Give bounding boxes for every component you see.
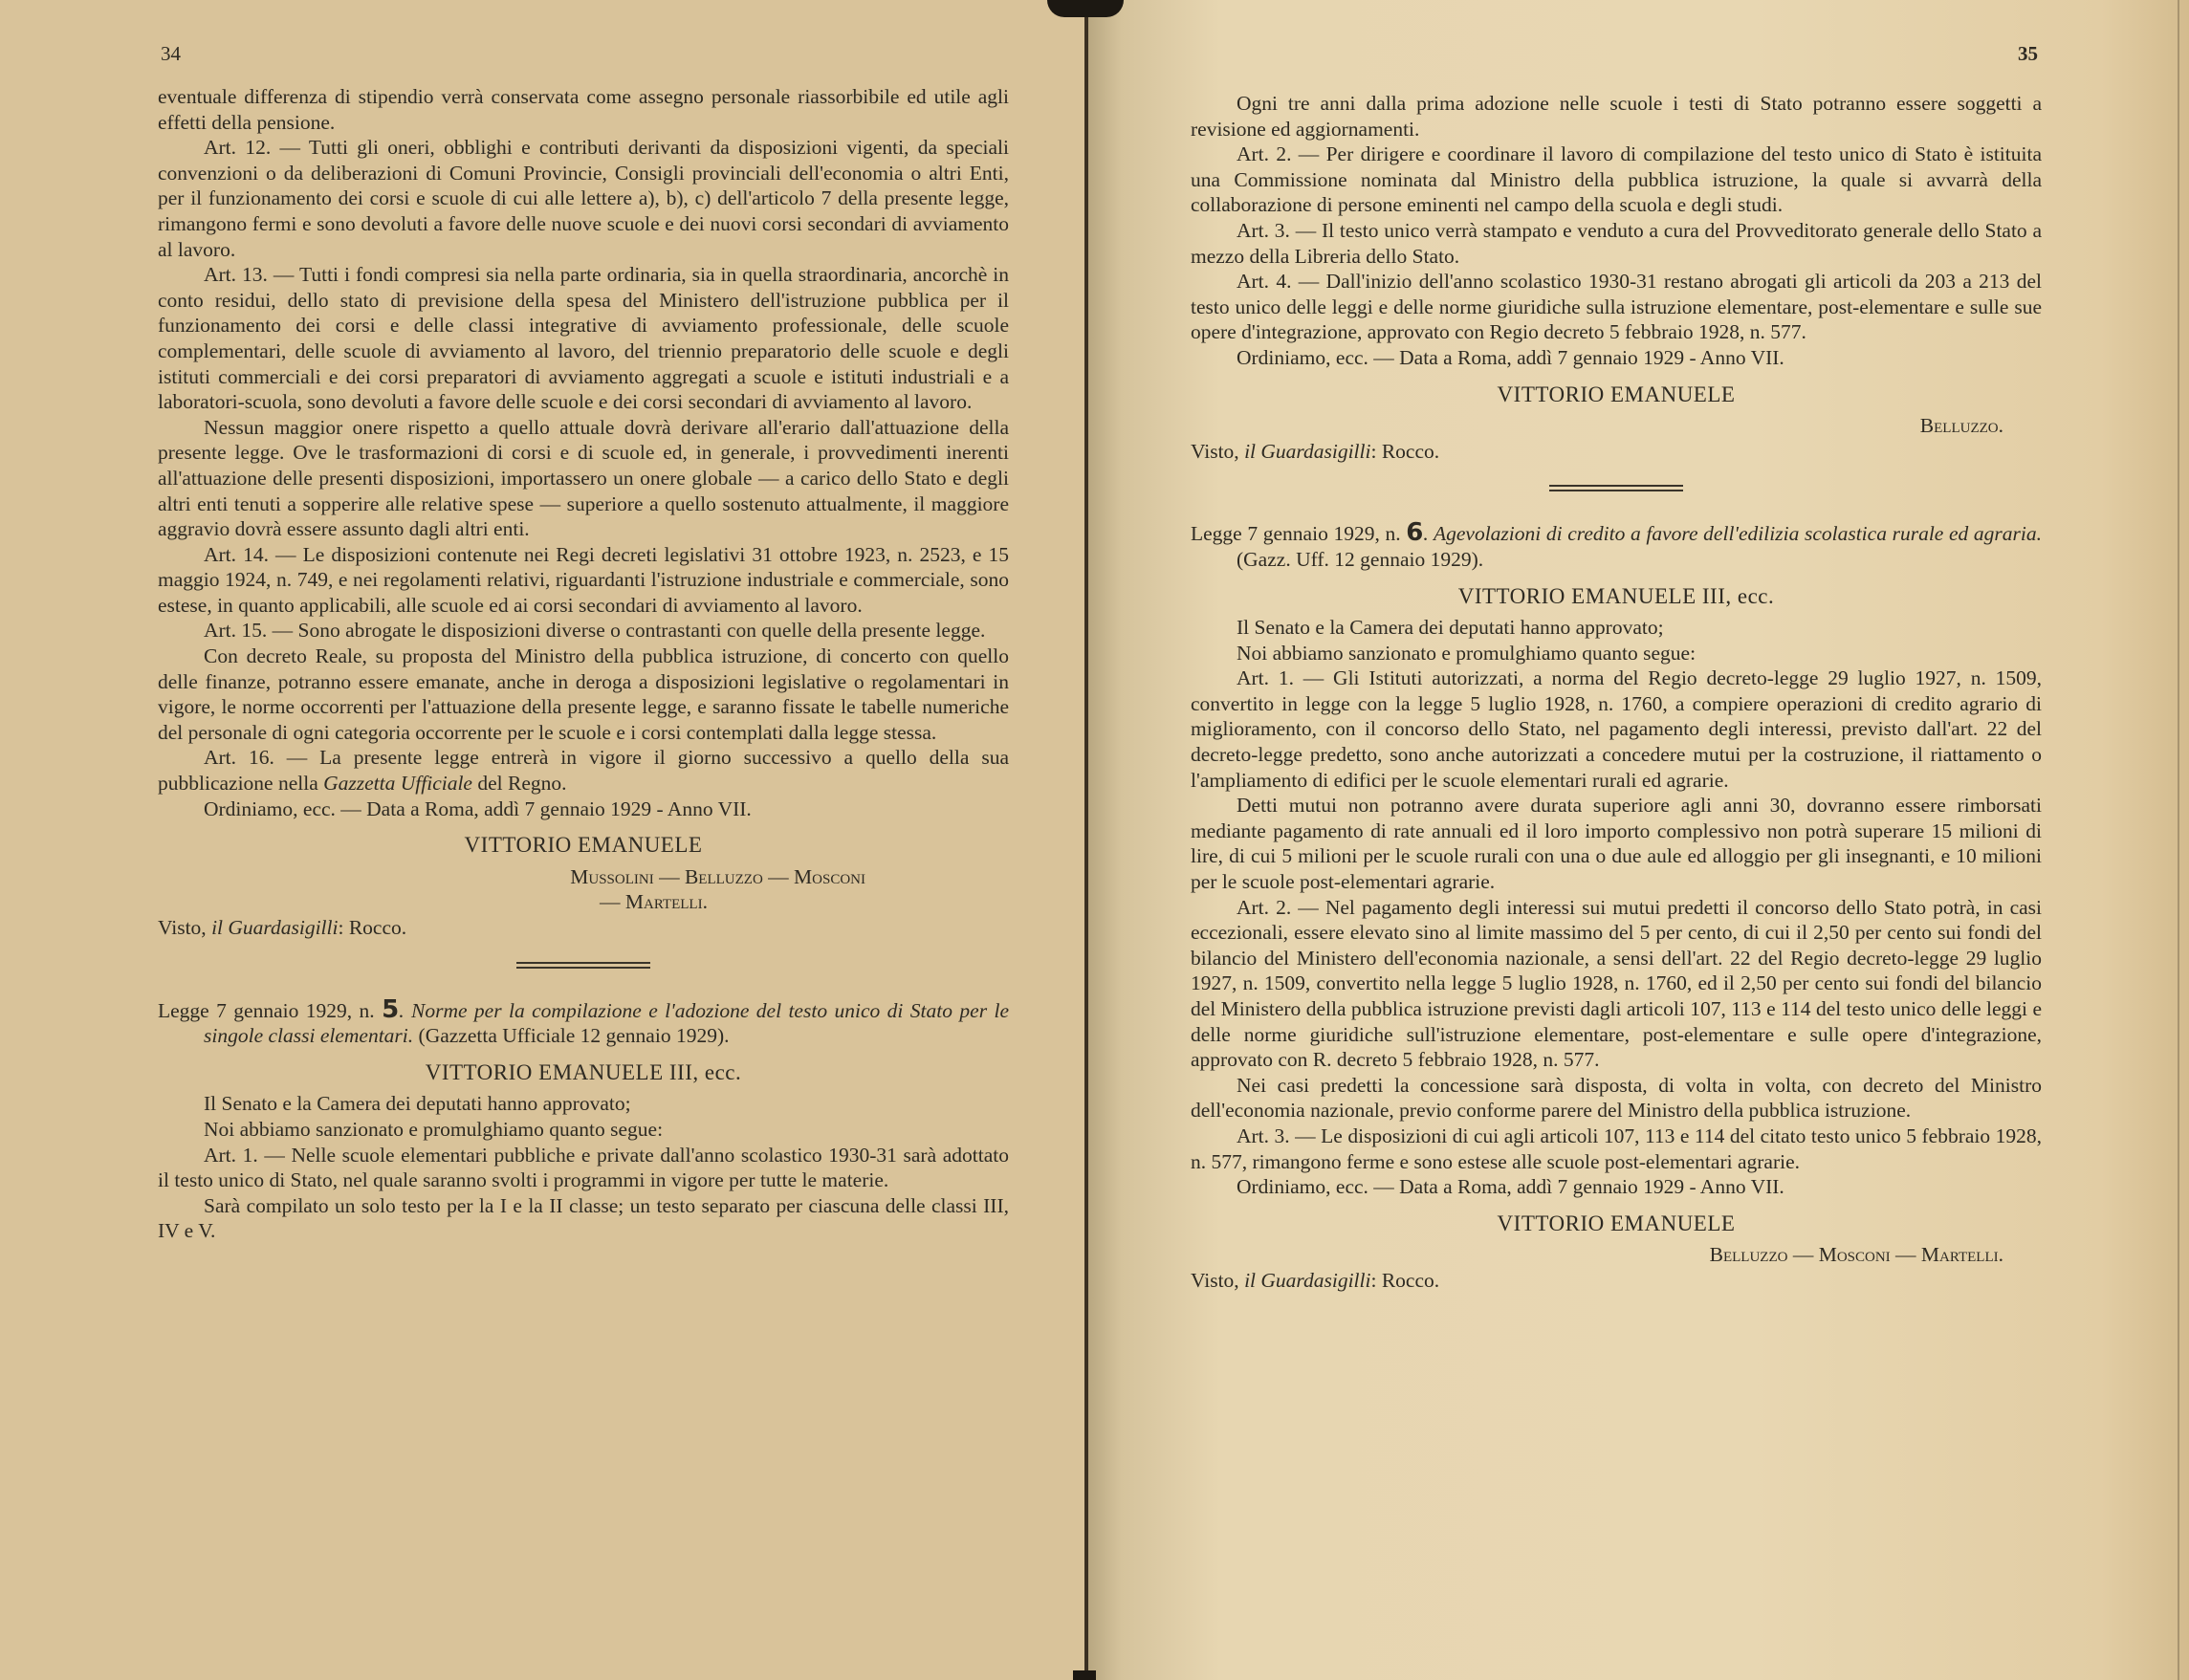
law-6-mutui: Detti mutui non potranno avere durata su… — [1191, 793, 2042, 894]
article-16-text: Art. 16. — La presente legge entrerà in … — [158, 746, 1009, 795]
visto-suffix: : Rocco. — [1370, 1269, 1439, 1292]
guardasigilli: il Guardasigilli — [1244, 1269, 1370, 1292]
paragraph-decreto-reale: Con decreto Reale, su proposta del Minis… — [158, 644, 1009, 745]
law-5-article-3: Art. 3. — Il testo unico verrà stampato … — [1191, 218, 2042, 269]
law-6-king: VITTORIO EMANUELE III, ecc. — [1191, 584, 2042, 610]
ordiniamo-line: Ordiniamo, ecc. — Data a Roma, addì 7 ge… — [158, 796, 1009, 822]
law-5-preamble-1: Il Senato e la Camera dei deputati hanno… — [158, 1091, 1009, 1117]
law-5-king: VITTORIO EMANUELE III, ecc. — [158, 1060, 1009, 1086]
article-12: Art. 12. — Tutti gli oneri, obblighi e c… — [158, 135, 1009, 262]
law-5-source: (Gazzetta Ufficiale 12 gennaio 1929). — [413, 1024, 729, 1047]
law-5-article-1-b: Sarà compilato un solo testo per la I e … — [158, 1193, 1009, 1244]
article-16: Art. 16. — La presente legge entrerà in … — [158, 745, 1009, 796]
left-page-text: eventuale differenza di stipendio verrà … — [158, 84, 1009, 1244]
law-6-article-1: Art. 1. — Gli Istituti autorizzati, a no… — [1191, 665, 2042, 793]
law-6-signatories: Belluzzo — Mosconi — Martelli. — [1191, 1242, 2042, 1268]
visto-suffix: : Rocco. — [1370, 440, 1439, 463]
law-5-prefix: Legge 7 gennaio 1929, n. — [158, 999, 382, 1022]
article-16-end: del Regno. — [472, 772, 567, 795]
gazzetta-title: Gazzetta Ufficiale — [323, 772, 472, 795]
article-15: Art. 15. — Sono abrogate le disposizioni… — [158, 618, 1009, 644]
visto-prefix: Visto, — [1191, 1269, 1244, 1292]
page-edge — [2178, 0, 2179, 1680]
section-divider — [1549, 485, 1683, 491]
paragraph-revisione: Ogni tre anni dalla prima adozione nelle… — [1191, 91, 2042, 142]
law-5-article-1: Art. 1. — Nelle scuole elementari pubbli… — [158, 1143, 1009, 1193]
guardasigilli: il Guardasigilli — [211, 916, 338, 939]
visto-line: Visto, il Guardasigilli: Rocco. — [158, 915, 1009, 941]
law-6-number: 6 — [1406, 518, 1423, 547]
law-6-heading: Legge 7 gennaio 1929, n. 6. Agevolazioni… — [1191, 520, 2042, 572]
article-14: Art. 14. — Le disposizioni contenute nei… — [158, 542, 1009, 619]
spine-bottom-shadow — [1073, 1670, 1096, 1680]
law-6-ordiniamo: Ordiniamo, ecc. — Data a Roma, addì 7 ge… — [1191, 1174, 2042, 1200]
law-5-ordiniamo: Ordiniamo, ecc. — Data a Roma, addì 7 ge… — [1191, 345, 2042, 371]
right-page-text: Ogni tre anni dalla prima adozione nelle… — [1191, 91, 2042, 1294]
paragraph-onere: Nessun maggior onere rispetto a quello a… — [158, 415, 1009, 542]
guardasigilli: il Guardasigilli — [1244, 440, 1370, 463]
visto-prefix: Visto, — [1191, 440, 1244, 463]
law-5-article-2: Art. 2. — Per dirigere e coordinare il l… — [1191, 142, 2042, 218]
spine-top-shadow — [1047, 0, 1124, 17]
page-number-left: 34 — [161, 42, 181, 66]
law-5-article-4: Art. 4. — Dall'inizio dell'anno scolasti… — [1191, 269, 2042, 345]
law-5-heading: Legge 7 gennaio 1929, n. 5. Norme per la… — [158, 997, 1009, 1049]
visto-prefix: Visto, — [158, 916, 211, 939]
page-number-right: 35 — [2018, 42, 2038, 66]
law-6-visto: Visto, il Guardasigilli: Rocco. — [1191, 1268, 2042, 1294]
law-6-prefix: Legge 7 gennaio 1929, n. — [1191, 522, 1406, 545]
law-5-king-signature: VITTORIO EMANUELE — [1191, 382, 2042, 408]
king-signature: VITTORIO EMANUELE — [158, 833, 1009, 859]
law-6-article-2: Art. 2. — Nel pagamento degli interessi … — [1191, 895, 2042, 1073]
article-13: Art. 13. — Tutti i fondi compresi sia ne… — [158, 262, 1009, 415]
section-divider — [516, 962, 650, 969]
signatories-line-1: Mussolini — Belluzzo — Mosconi — [158, 864, 1009, 890]
law-5-signatory: Belluzzo. — [1191, 413, 2042, 439]
law-6-title: . Agevolazioni di credito a favore dell'… — [1423, 522, 2042, 545]
law-6-king-signature: VITTORIO EMANUELE — [1191, 1211, 2042, 1237]
signatories-line-2: — Martelli. — [158, 889, 1009, 915]
law-6-preamble-1: Il Senato e la Camera dei deputati hanno… — [1191, 615, 2042, 641]
visto-suffix: : Rocco. — [338, 916, 406, 939]
law-6-preamble-2: Noi abbiamo sanzionato e promulghiamo qu… — [1191, 641, 2042, 666]
law-5-number: 5 — [382, 995, 399, 1024]
paragraph-continuation: eventuale differenza di stipendio verrà … — [158, 84, 1009, 135]
law-5-preamble-2: Noi abbiamo sanzionato e promulghiamo qu… — [158, 1117, 1009, 1143]
law-5-visto: Visto, il Guardasigilli: Rocco. — [1191, 439, 2042, 465]
law-6-article-3: Art. 3. — Le disposizioni di cui agli ar… — [1191, 1124, 2042, 1174]
book-spine — [1084, 0, 1088, 1680]
law-6-source: (Gazz. Uff. 12 gennaio 1929). — [1237, 548, 1483, 571]
law-6-concessione: Nei casi predetti la concessione sarà di… — [1191, 1073, 2042, 1124]
